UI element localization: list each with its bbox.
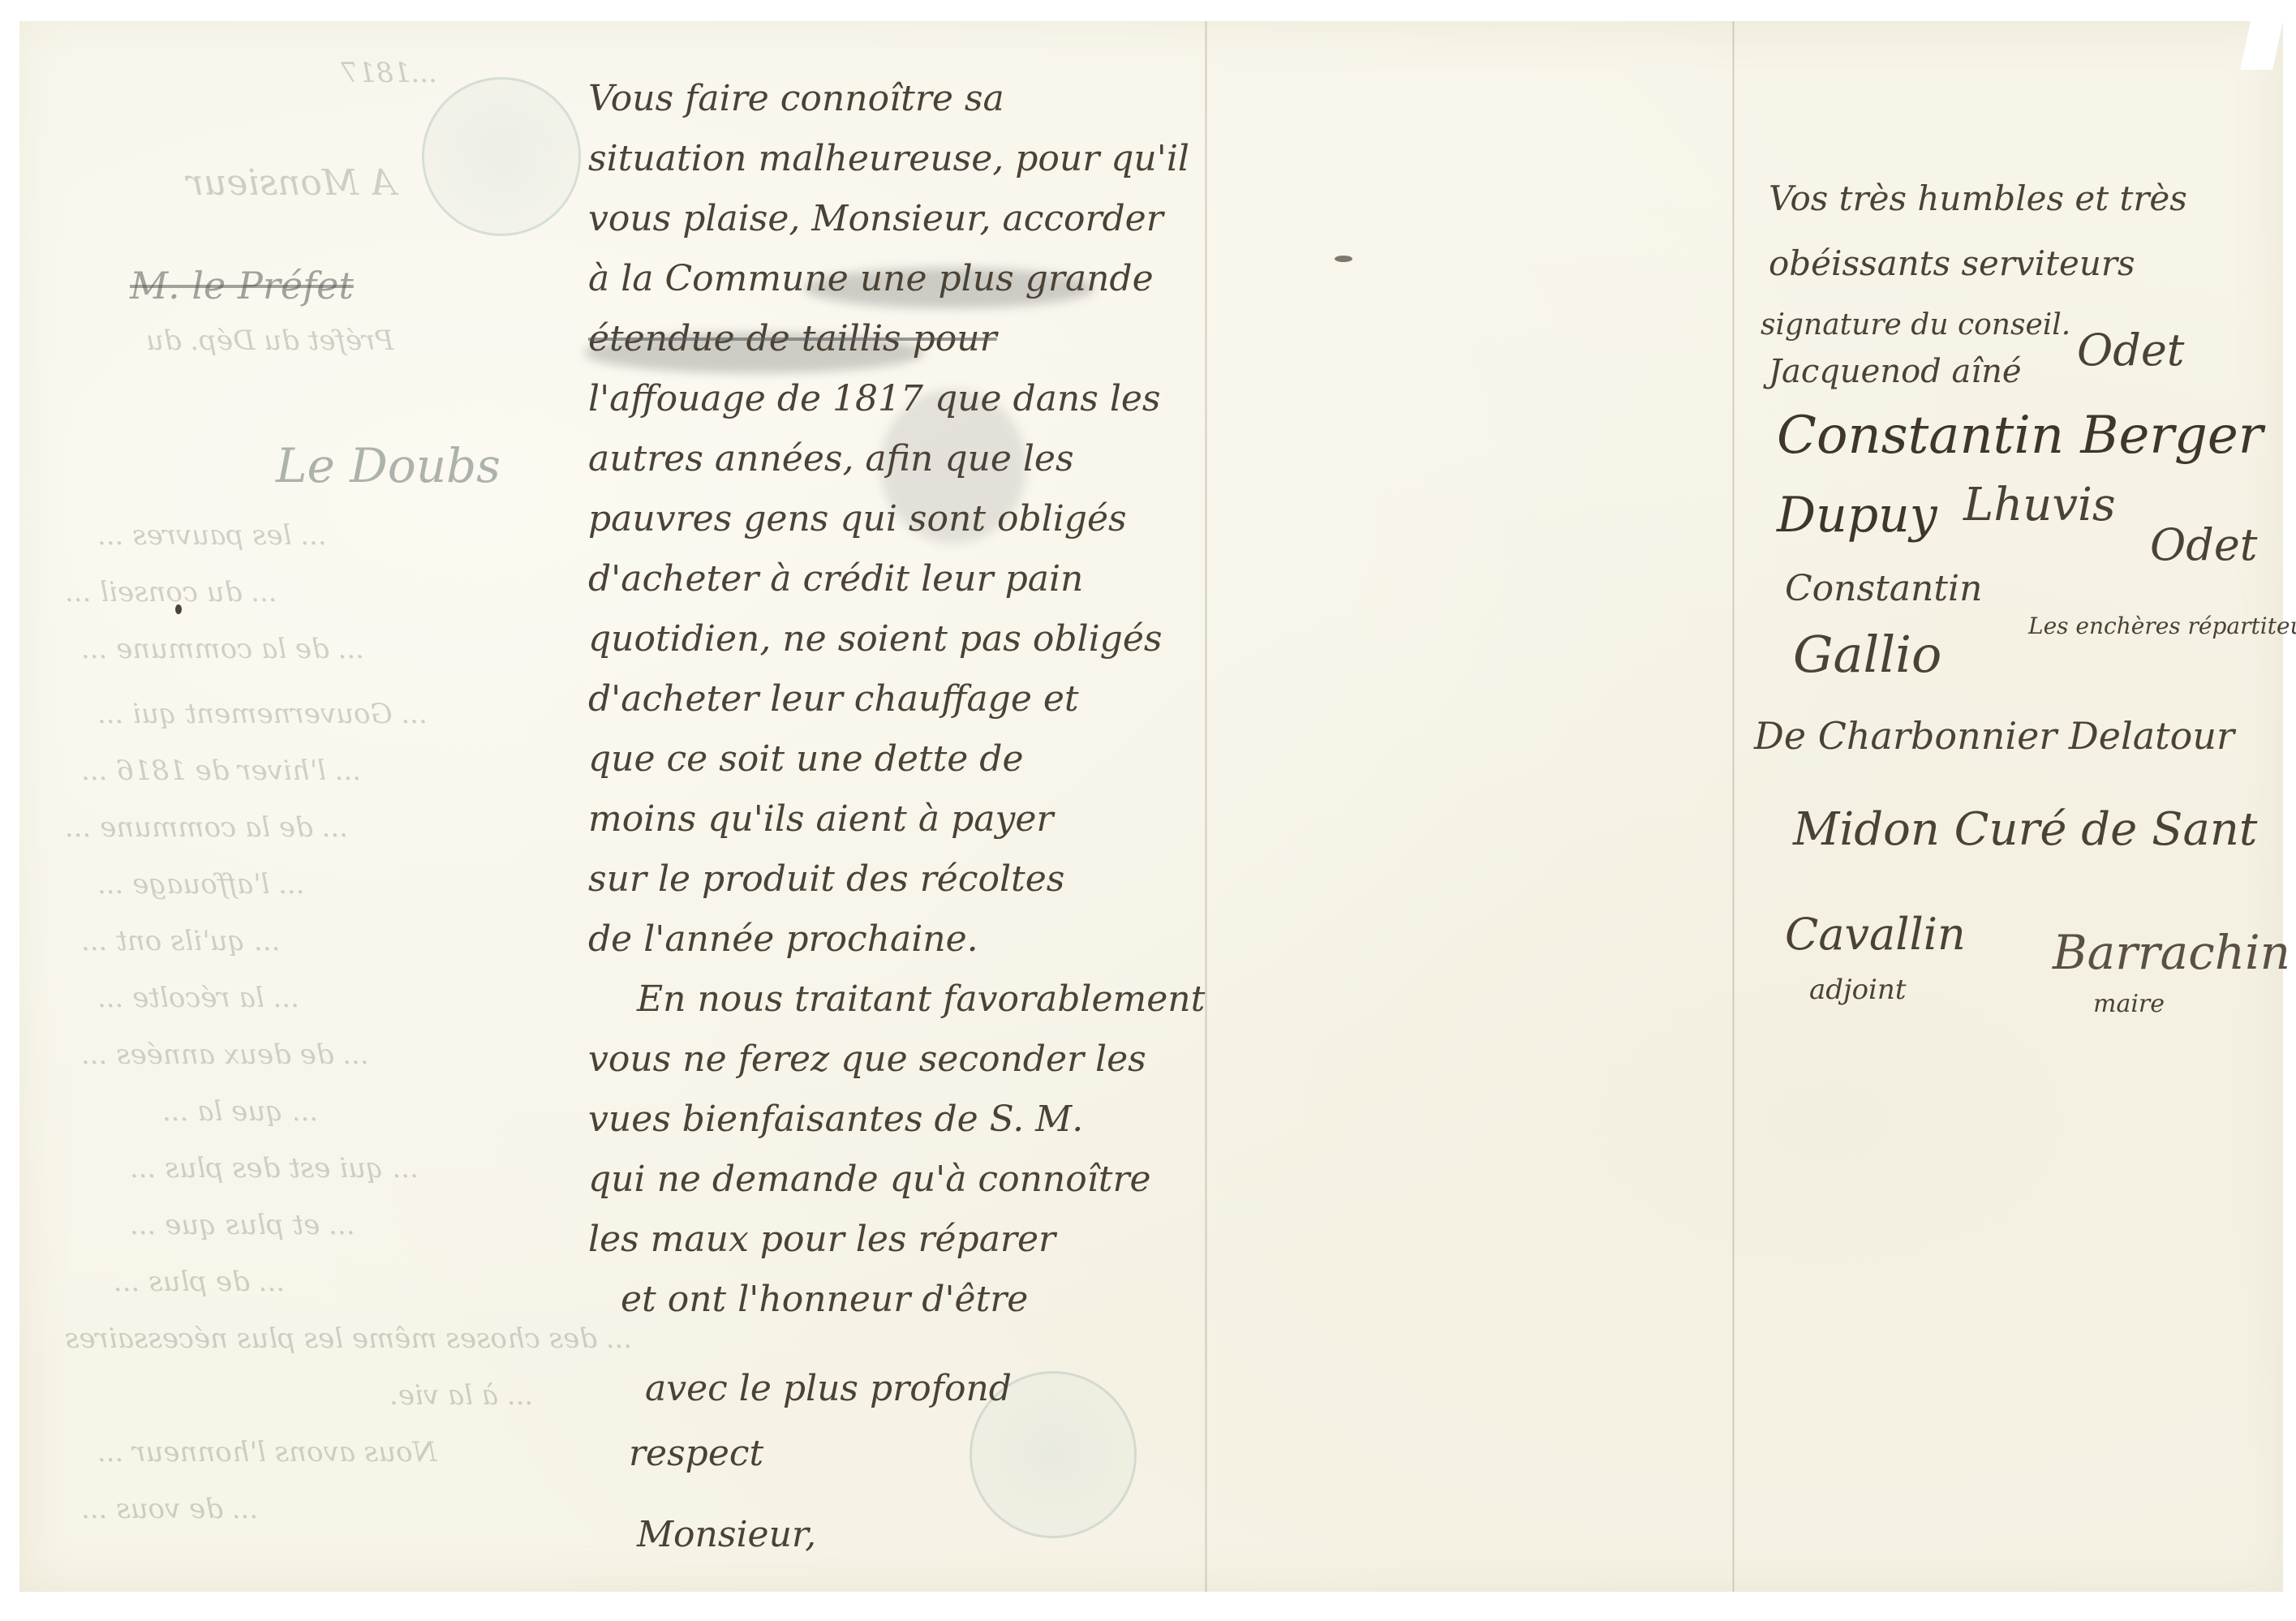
bleed-line: Nous avons l'honneur ... — [97, 1436, 436, 1468]
signature: Cavallin — [1785, 909, 1966, 960]
bleed-addressee: Préfet du Dép. du — [146, 325, 393, 357]
bleed-salutation: A Monsieur — [187, 162, 396, 204]
bleed-line: ... qu'ils ont ... — [81, 925, 281, 957]
closing-line: obéissants serviteurs — [1769, 243, 2135, 283]
bleed-line: ... les pauvres ... — [97, 519, 327, 552]
bleed-line: ... l'affouage ... — [97, 868, 305, 901]
letter-line: les maux pour les réparer — [588, 1222, 1056, 1258]
closing-line: signature du conseil. — [1761, 308, 2070, 342]
letter-line: d'acheter leur chauffage et — [588, 682, 1079, 717]
signature: Constantin — [1785, 568, 1982, 609]
signature: Odet — [2150, 519, 2258, 570]
letter-line: que ce soit une dette de — [588, 742, 1024, 777]
bleed-header: ...1817 — [341, 57, 437, 89]
letter-line: situation malheureuse, pour qu'il — [588, 141, 1189, 177]
letter-line: Vous faire connoître sa — [588, 81, 1004, 117]
letter-line: respect — [629, 1436, 763, 1472]
fold-line-1 — [1205, 21, 1207, 1592]
letter-line: qui ne demande qu'à connoître — [588, 1162, 1151, 1197]
bleed-line: ... et plus que ... — [130, 1209, 355, 1241]
letter-line: et ont l'honneur d'être — [621, 1282, 1028, 1318]
letter-line: moins qu'ils aient à payer — [588, 802, 1053, 837]
bleed-line: ... Gouvernement qui ... — [97, 698, 428, 730]
signature: Midon Curé de Sant — [1793, 803, 2257, 856]
letter-line: pauvres gens qui sont obligés — [588, 501, 1127, 537]
signature: Barrachin — [2053, 925, 2290, 980]
signature-title: maire — [2093, 990, 2165, 1018]
bleed-line: ... de plus ... — [114, 1266, 285, 1298]
bleed-line: ... de la commune ... — [81, 633, 364, 665]
letter-line: sur le produit des récoltes — [588, 862, 1064, 897]
signature: Constantin Berger — [1777, 406, 2263, 466]
bleed-line: ... des choses même les plus nécessaires — [65, 1322, 632, 1355]
closing-line: Vos très humbles et très — [1769, 178, 2187, 218]
bleed-line: ... la récolte ... — [97, 982, 299, 1014]
bleed-line: ... l'hiver de 1816 ... — [81, 755, 361, 787]
letter-line: de l'année prochaine. — [588, 922, 978, 957]
bleed-line: ... de vous ... — [81, 1493, 258, 1525]
letter-line: avec le plus profond — [645, 1371, 1012, 1407]
signature: Odet — [2077, 325, 2185, 376]
letter-line: l'affouage de 1817 que dans les — [588, 381, 1161, 417]
bleed-struck-line: M. le Préfet — [130, 264, 354, 307]
bleed-line: ... du conseil ... — [65, 576, 277, 608]
letter-line: vous plaise, Monsieur, accorder — [588, 201, 1163, 237]
signature: Jacquenod aîné — [1769, 353, 2022, 390]
letter-line-struck: étendue de taillis pour — [588, 321, 997, 357]
letter-line: vues bienfaisantes de S. M. — [588, 1102, 1083, 1137]
fold-line-2 — [1732, 21, 1735, 1592]
signature: Lhuvis — [1963, 479, 2116, 531]
bleed-through-page: ...1817 A Monsieur M. le Préfet Préfet d… — [49, 57, 552, 1566]
bleed-line: ... qui est des plus ... — [130, 1152, 419, 1185]
signature: De Charbonnier Delatour — [1754, 714, 2234, 758]
letter-line: quotidien, ne soient pas obligés — [588, 621, 1162, 657]
letter-line-struck: à la Commune une plus grande — [588, 261, 1154, 297]
letter-line: d'acheter à crédit leur pain — [588, 561, 1083, 597]
bleed-line: ... de deux années ... — [81, 1038, 369, 1071]
signature: Les enchères répartiteurs — [2028, 613, 2296, 639]
ink-spot — [1335, 256, 1352, 262]
bleed-destination: Le Doubs — [276, 438, 501, 493]
letter-salutation: Monsieur, — [637, 1517, 816, 1553]
bleed-line: ... à la vie. — [389, 1379, 533, 1412]
signature: Dupuy — [1777, 487, 1937, 544]
bleed-line: ... de la commune ... — [65, 811, 348, 844]
bleed-line: ... que la ... — [162, 1095, 318, 1128]
signature: Gallio — [1793, 625, 1941, 684]
letter-line: autres années, afin que les — [588, 441, 1074, 477]
letter-line: En nous traitant favorablement — [637, 982, 1205, 1017]
signature-block: Vos très humbles et très obéissants serv… — [1761, 178, 2280, 1071]
signature-title: adjoint — [1809, 974, 1906, 1006]
letter-line: vous ne ferez que seconder les — [588, 1042, 1146, 1077]
